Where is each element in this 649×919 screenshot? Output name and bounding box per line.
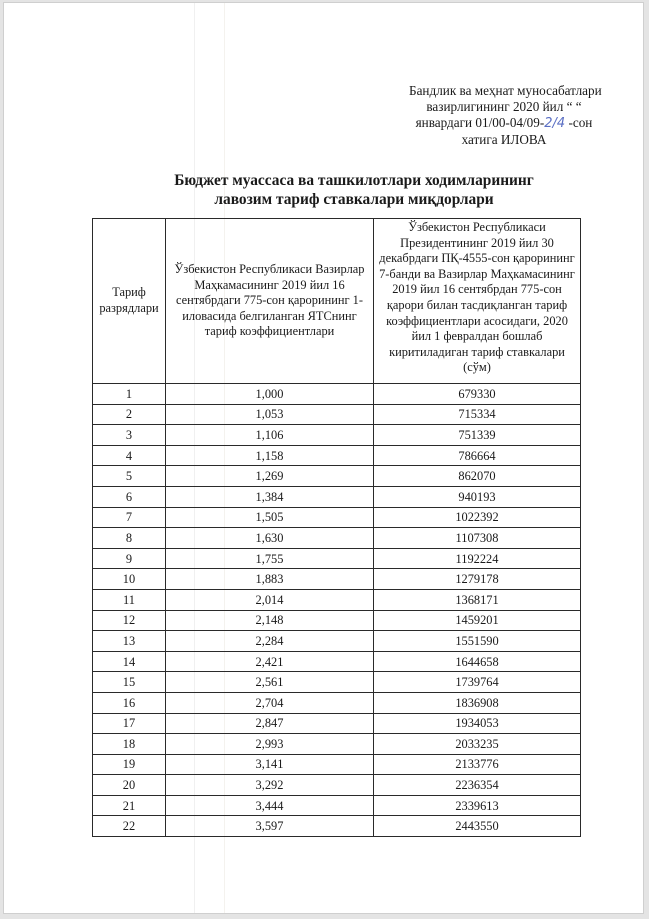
cell-rate: 1644658 [374, 651, 581, 672]
cell-coefficient: 2,993 [166, 734, 374, 755]
cell-coefficient: 1,106 [166, 425, 374, 446]
cell-coefficient: 2,014 [166, 589, 374, 610]
cell-rate: 1739764 [374, 672, 581, 693]
cell-grade: 14 [93, 651, 166, 672]
table-row: 122,1481459201 [93, 610, 581, 631]
cell-coefficient: 2,148 [166, 610, 374, 631]
cell-grade: 15 [93, 672, 166, 693]
cell-coefficient: 2,284 [166, 631, 374, 652]
table-row: 213,4442339613 [93, 795, 581, 816]
cell-coefficient: 1,053 [166, 404, 374, 425]
cell-grade: 3 [93, 425, 166, 446]
cell-rate: 1459201 [374, 610, 581, 631]
cell-grade: 13 [93, 631, 166, 652]
cell-grade: 17 [93, 713, 166, 734]
table-row: 112,0141368171 [93, 589, 581, 610]
cell-rate: 1107308 [374, 528, 581, 549]
cell-grade: 18 [93, 734, 166, 755]
cell-coefficient: 1,883 [166, 569, 374, 590]
cell-coefficient: 2,847 [166, 713, 374, 734]
header-coefficients: Ўзбекистон Республикаси Вазирлар Маҳкама… [166, 219, 374, 384]
table-row: 61,384940193 [93, 486, 581, 507]
cell-rate: 2133776 [374, 754, 581, 775]
cell-rate: 1934053 [374, 713, 581, 734]
table-row: 81,6301107308 [93, 528, 581, 549]
cell-rate: 679330 [374, 384, 581, 405]
cell-grade: 19 [93, 754, 166, 775]
table-row: 182,9932033235 [93, 734, 581, 755]
table-header-row: Тариф разрядлари Ўзбекистон Республикаси… [93, 219, 581, 384]
cell-grade: 12 [93, 610, 166, 631]
cell-coefficient: 1,630 [166, 528, 374, 549]
annex-line-4: хатига ИЛОВА [409, 132, 599, 148]
tariff-table: Тариф разрядлари Ўзбекистон Республикаси… [92, 218, 581, 837]
title-line-2: лавозим тариф ставкалари миқдорлари [154, 190, 554, 209]
table-row: 51,269862070 [93, 466, 581, 487]
cell-grade: 2 [93, 404, 166, 425]
table-row: 193,1412133776 [93, 754, 581, 775]
cell-rate: 1022392 [374, 507, 581, 528]
table-row: 172,8471934053 [93, 713, 581, 734]
table-row: 162,7041836908 [93, 692, 581, 713]
cell-grade: 4 [93, 445, 166, 466]
cell-coefficient: 1,384 [166, 486, 374, 507]
annex-note: Бандлик ва меҳнат муносабатлари вазирлиг… [409, 83, 599, 148]
table-row: 31,106751339 [93, 425, 581, 446]
cell-rate: 2033235 [374, 734, 581, 755]
table-row: 152,5611739764 [93, 672, 581, 693]
table-row: 101,8831279178 [93, 569, 581, 590]
table-row: 41,158786664 [93, 445, 581, 466]
cell-grade: 7 [93, 507, 166, 528]
table-row: 142,4211644658 [93, 651, 581, 672]
cell-rate: 2443550 [374, 816, 581, 837]
table-row: 11,000679330 [93, 384, 581, 405]
cell-grade: 21 [93, 795, 166, 816]
table-row: 71,5051022392 [93, 507, 581, 528]
cell-rate: 786664 [374, 445, 581, 466]
annex-line-3: январдаги 01/00-04/09-2/4 -сон [409, 115, 599, 132]
table-row: 21,053715334 [93, 404, 581, 425]
table-row: 223,5972443550 [93, 816, 581, 837]
table-row: 132,2841551590 [93, 631, 581, 652]
annex-line-3-suffix: -сон [565, 115, 592, 130]
header-tariff-rates: Ўзбекистон Республикаси Президентининг 2… [374, 219, 581, 384]
cell-grade: 8 [93, 528, 166, 549]
cell-coefficient: 2,421 [166, 651, 374, 672]
cell-rate: 1279178 [374, 569, 581, 590]
cell-grade: 1 [93, 384, 166, 405]
header-tariff-grade: Тариф разрядлари [93, 219, 166, 384]
cell-grade: 9 [93, 548, 166, 569]
cell-rate: 1836908 [374, 692, 581, 713]
annex-line-2: вазирлигининг 2020 йил “ “ [409, 99, 599, 115]
cell-rate: 2236354 [374, 775, 581, 796]
cell-coefficient: 1,505 [166, 507, 374, 528]
cell-coefficient: 1,000 [166, 384, 374, 405]
cell-grade: 10 [93, 569, 166, 590]
table-row: 91,7551192224 [93, 548, 581, 569]
cell-coefficient: 1,269 [166, 466, 374, 487]
table-body: 11,00067933021,05371533431,10675133941,1… [93, 384, 581, 837]
cell-coefficient: 3,141 [166, 754, 374, 775]
cell-rate: 1368171 [374, 589, 581, 610]
cell-coefficient: 1,755 [166, 548, 374, 569]
cell-coefficient: 3,292 [166, 775, 374, 796]
cell-rate: 862070 [374, 466, 581, 487]
cell-rate: 715334 [374, 404, 581, 425]
cell-grade: 6 [93, 486, 166, 507]
cell-coefficient: 3,444 [166, 795, 374, 816]
cell-rate: 751339 [374, 425, 581, 446]
cell-rate: 1192224 [374, 548, 581, 569]
annex-line-1: Бандлик ва меҳнат муносабатлари [409, 83, 599, 99]
cell-grade: 11 [93, 589, 166, 610]
cell-grade: 5 [93, 466, 166, 487]
table-row: 203,2922236354 [93, 775, 581, 796]
cell-rate: 1551590 [374, 631, 581, 652]
cell-rate: 940193 [374, 486, 581, 507]
handwritten-number: 2/4 [544, 116, 565, 131]
annex-line-3-prefix: январдаги 01/00-04/09- [416, 115, 545, 130]
cell-grade: 22 [93, 816, 166, 837]
cell-coefficient: 2,704 [166, 692, 374, 713]
cell-rate: 2339613 [374, 795, 581, 816]
cell-coefficient: 3,597 [166, 816, 374, 837]
title-line-1: Бюджет муассаса ва ташкилотлари ходимлар… [154, 171, 554, 190]
document-title: Бюджет муассаса ва ташкилотлари ходимлар… [154, 171, 554, 209]
cell-grade: 20 [93, 775, 166, 796]
cell-coefficient: 1,158 [166, 445, 374, 466]
cell-coefficient: 2,561 [166, 672, 374, 693]
cell-grade: 16 [93, 692, 166, 713]
